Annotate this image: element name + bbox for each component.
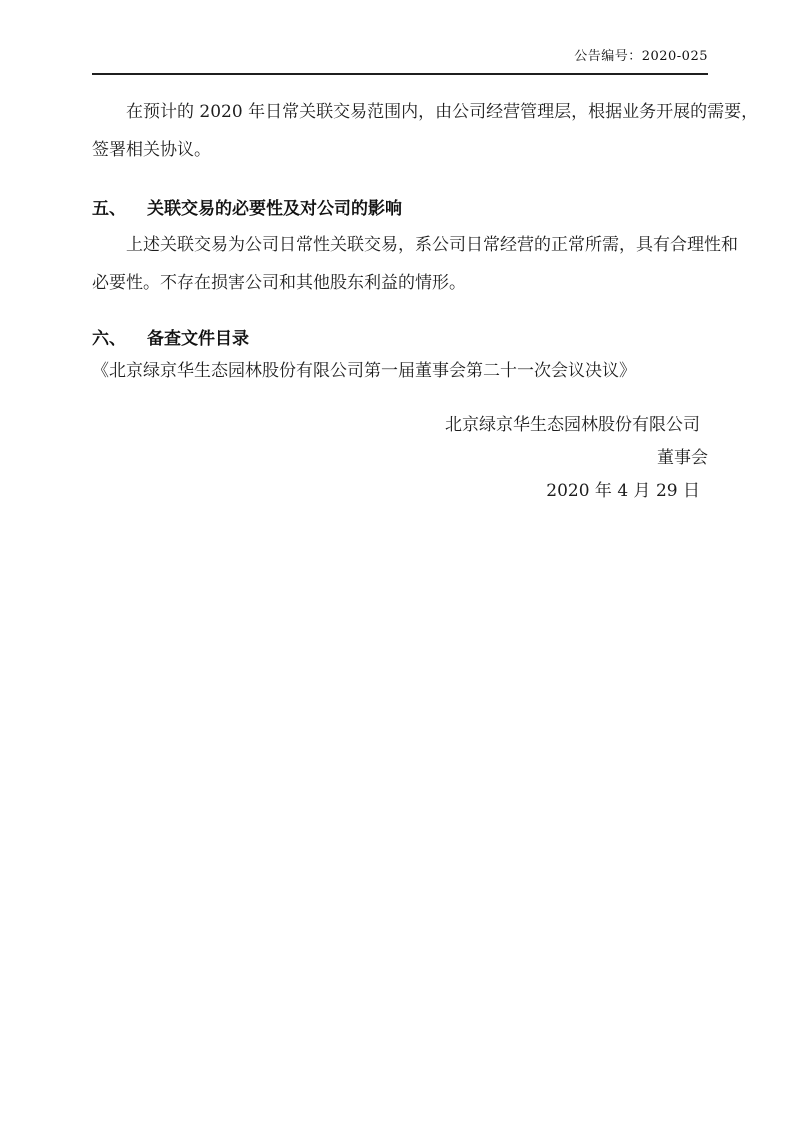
signature-board-label: 董事会 — [92, 442, 708, 475]
section-five-paragraph: 上述关联交易为公司日常性关联交易，系公司日常经营的正常所需，具有合理性和 必要性… — [92, 226, 732, 302]
section-six-title: 备查文件目录 — [147, 329, 249, 349]
intro-paragraph-line: 签署相关协议。 — [92, 131, 732, 169]
intro-paragraph-line: 在预计的 2020 年日常关联交易范围内，由公司经营管理层，根据业务开展的需要， — [92, 93, 732, 131]
section-five-number: 五、 — [92, 190, 147, 228]
header-divider-rule — [92, 73, 708, 75]
signature-date: 2020 年 4 月 29 日 — [92, 475, 708, 508]
intro-paragraph: 在预计的 2020 年日常关联交易范围内，由公司经营管理层，根据业务开展的需要，… — [92, 93, 732, 169]
section-five-heading: 五、关联交易的必要性及对公司的影响 — [92, 190, 732, 228]
announcement-number: 公告编号：2020-025 — [92, 48, 708, 66]
section-five-paragraph-line: 上述关联交易为公司日常性关联交易，系公司日常经营的正常所需，具有合理性和 — [92, 226, 732, 264]
reference-document-title: 《北京绿京华生态园林股份有限公司第一届董事会第二十一次会议决议》 — [92, 352, 732, 390]
section-five-title: 关联交易的必要性及对公司的影响 — [147, 199, 402, 219]
signature-company-name: 北京绿京华生态园林股份有限公司 — [92, 409, 708, 442]
announcement-page: 公告编号：2020-025 在预计的 2020 年日常关联交易范围内，由公司经营… — [0, 0, 800, 1130]
section-five-paragraph-line: 必要性。不存在损害公司和其他股东利益的情形。 — [92, 264, 732, 302]
